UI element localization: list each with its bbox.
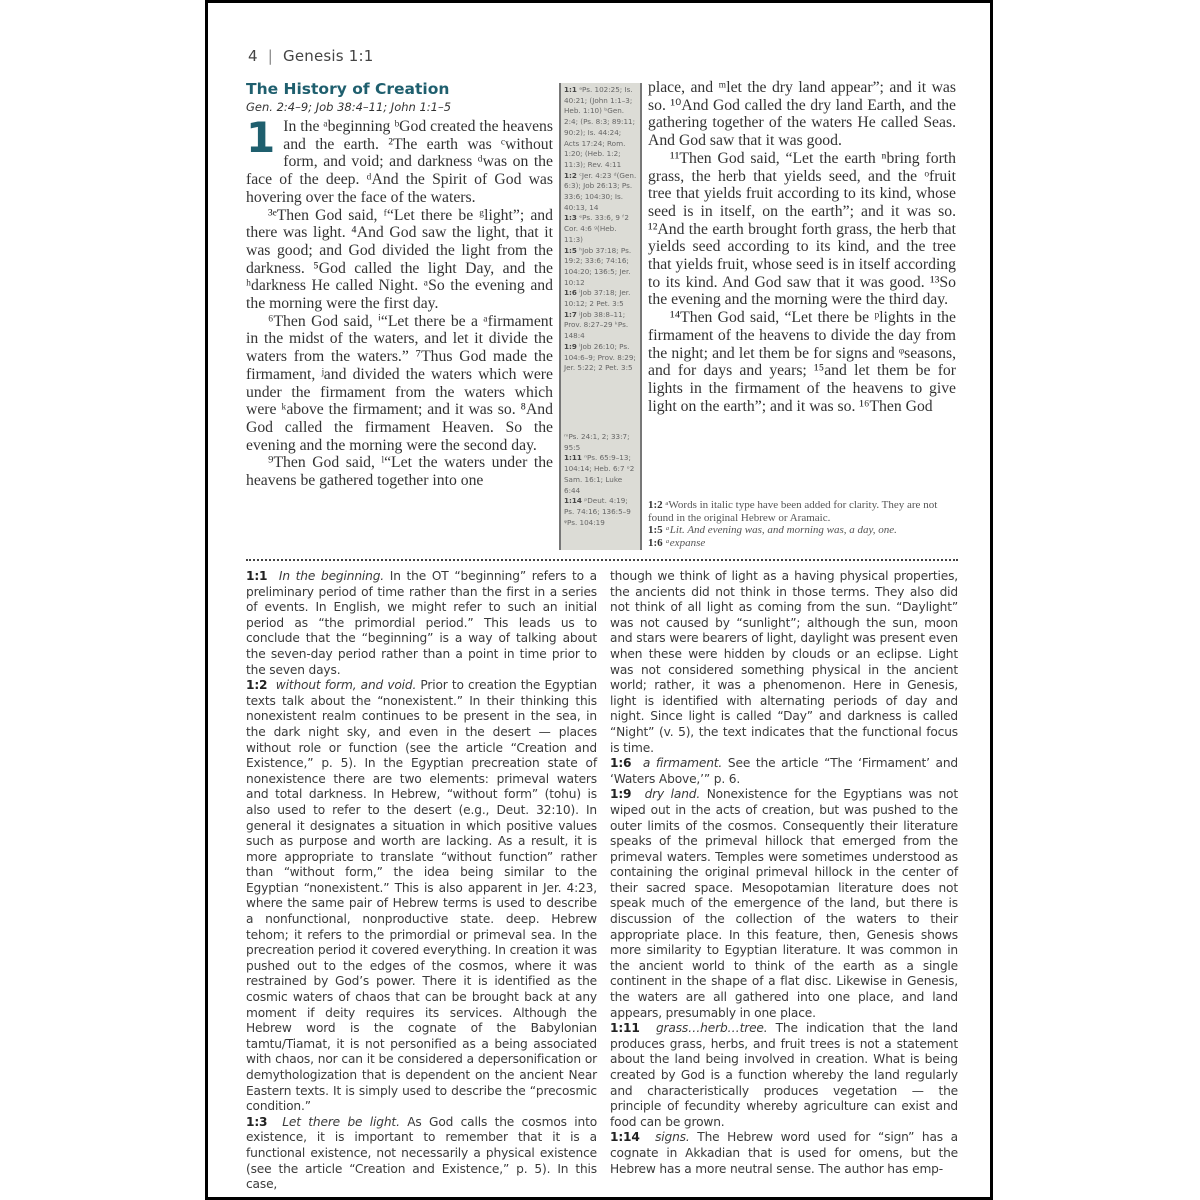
- translation-note: 1:5 ᵃLit. And evening was, and morning w…: [648, 524, 958, 537]
- dotted-divider: [246, 559, 958, 561]
- scripture-paragraph: ⁶Then God said, ⁱ“Let there be a ᵃfirmam…: [246, 313, 553, 455]
- cross-reference: 1:5 ʰJob 37:18; Ps. 19:2; 33:6; 74:16; 1…: [564, 246, 637, 289]
- study-note: 1:2 without form, and void. Prior to cre…: [246, 678, 597, 1115]
- running-head: Genesis 1:1: [283, 47, 374, 65]
- scripture-text-right: place, and ᵐlet the dry land appear”; an…: [648, 79, 956, 415]
- cross-reference: ᵐPs. 24:1, 2; 33:7; 95:5: [564, 432, 637, 453]
- refcol-gap: [564, 374, 637, 432]
- scripture-paragraph: ³ᵉThen God said, ᶠ“Let there be ᵍlight”;…: [246, 207, 553, 313]
- scripture-paragraph: ¹¹Then God said, “Let the earth ⁿbring f…: [648, 150, 956, 309]
- running-header: 4|Genesis 1:1: [248, 47, 374, 65]
- cross-reference-column: 1:1 ᵃPs. 102:25; Is. 40:21; (John 1:1–3;…: [559, 83, 642, 550]
- study-note: 1:3 Let there be light. As God calls the…: [246, 1115, 597, 1193]
- scripture-column-left: The History of Creation Gen. 2:4–9; Job …: [246, 79, 553, 490]
- translation-note: 1:2 ᵃWords in italic type have been adde…: [648, 499, 958, 524]
- study-note: 1:1 In the beginning. In the OT “beginni…: [246, 569, 597, 678]
- bible-page: 4|Genesis 1:1 The History of Creation Ge…: [205, 0, 993, 1200]
- translation-notes: 1:2 ᵃWords in italic type have been adde…: [648, 499, 958, 550]
- cross-reference: 1:3 ᵉPs. 33:6, 9 ᶠ2 Cor. 4:6 ᵍ(Heb. 11:3…: [564, 213, 637, 245]
- study-note: 1:9 dry land. Nonexistence for the Egypt…: [610, 787, 958, 1021]
- scripture-text-left: 1 In the ᵃbeginning ᵇGod created the hea…: [246, 118, 553, 490]
- page-number: 4: [248, 47, 258, 65]
- scripture-paragraph: ⁹Then God said, ˡ“Let the waters under t…: [246, 454, 553, 489]
- cross-reference: 1:6 ⁱJob 37:18; Jer. 10:12; 2 Pet. 3:5: [564, 288, 637, 309]
- translation-note: 1:6 ᵃexpanse: [648, 537, 958, 550]
- study-notes-right: though we think of light as a having phy…: [610, 569, 958, 1177]
- cross-reference: 1:7 ʲJob 38:8–11; Prov. 8:27–29 ᵏPs. 148…: [564, 310, 637, 342]
- study-note: 1:14 signs. The Hebrew word used for “si…: [610, 1130, 958, 1177]
- header-separator: |: [268, 47, 273, 65]
- chapter-number: 1: [246, 120, 275, 156]
- section-title: The History of Creation: [246, 79, 553, 99]
- scripture-paragraph: ¹⁴Then God said, “Let there be ᵖlights i…: [648, 309, 956, 415]
- study-note: 1:6 a firmament. See the article “The ‘F…: [610, 756, 958, 787]
- cross-reference: 1:11 ⁿPs. 65:9–13; 104:14; Heb. 6:7 ᵒ2 S…: [564, 453, 637, 496]
- cross-reference: 1:2 ᶜJer. 4:23 ᵈ(Gen. 6:3); Job 26:13; P…: [564, 171, 637, 214]
- cross-reference: 1:9 ˡJob 26:10; Ps. 104:6–9; Prov. 8:29;…: [564, 342, 637, 374]
- cross-reference: 1:14 ᵖDeut. 4:19; Ps. 74:16; 136:5–9 ᵠPs…: [564, 496, 637, 528]
- study-note: though we think of light as a having phy…: [610, 569, 958, 756]
- study-note: 1:11 grass…herb…tree. The indication tha…: [610, 1021, 958, 1130]
- study-notes-left: 1:1 In the beginning. In the OT “beginni…: [246, 569, 597, 1193]
- scripture-column-right: place, and ᵐlet the dry land appear”; an…: [648, 79, 956, 415]
- scripture-paragraph: place, and ᵐlet the dry land appear”; an…: [648, 79, 956, 150]
- cross-reference: 1:1 ᵃPs. 102:25; Is. 40:21; (John 1:1–3;…: [564, 85, 637, 171]
- parallel-references: Gen. 2:4–9; Job 38:4–11; John 1:1–5: [246, 99, 553, 116]
- scripture-paragraph: In the ᵃbeginning ᵇGod created the heave…: [246, 118, 553, 207]
